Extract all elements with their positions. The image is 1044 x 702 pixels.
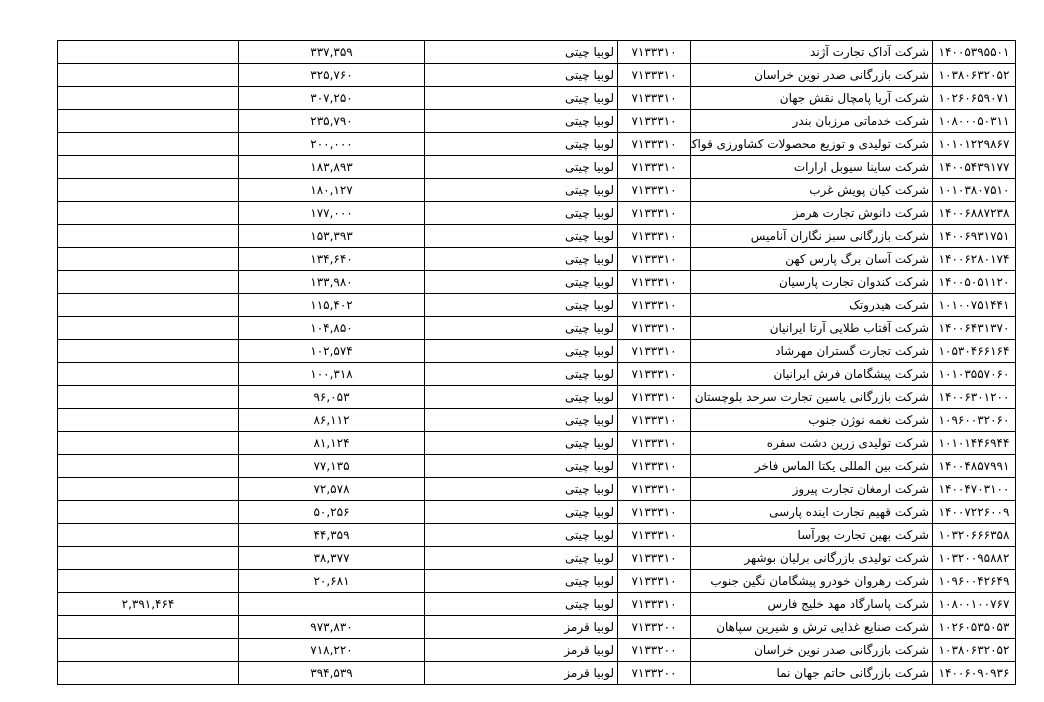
total-quantity-cell	[58, 662, 239, 685]
quantity-cell: ۲۳۵,۷۹۰	[239, 110, 425, 133]
table-row: ۹۷۳,۸۳۰ لوبیا قرمز ۷۱۳۳۲۰۰ شرکت صنایع غذ…	[58, 616, 1016, 639]
national-id-cell: ۱۰۲۶۰۶۵۹۰۷۱	[933, 87, 1016, 110]
product-name-cell: لوبیا چیتی	[425, 271, 618, 294]
company-name-cell: شرکت بازرگانی صدر نوین خراسان	[691, 639, 933, 662]
tariff-code-cell: ۷۱۳۳۳۱۰	[618, 432, 691, 455]
quantity-cell: ۱۰۲,۵۷۴	[239, 340, 425, 363]
product-name-cell: لوبیا چیتی	[425, 432, 618, 455]
table-row: ۲۰۰,۰۰۰ لوبیا چیتی ۷۱۳۳۳۱۰ شرکت تولیدی و…	[58, 133, 1016, 156]
quantity-cell: ۱۱۵,۴۰۲	[239, 294, 425, 317]
tariff-code-cell: ۷۱۳۳۳۱۰	[618, 409, 691, 432]
table-row: ۱۵۳,۳۹۳ لوبیا چیتی ۷۱۳۳۳۱۰ شرکت بازرگانی…	[58, 225, 1016, 248]
national-id-cell: ۱۴۰۰۴۸۵۷۹۹۱	[933, 455, 1016, 478]
company-name-cell: شرکت بازرگانی حاتم جهان نما	[691, 662, 933, 685]
product-name-cell: لوبیا چیتی	[425, 593, 618, 616]
table-row: ۹۶,۰۵۳ لوبیا چیتی ۷۱۳۳۳۱۰ شرکت بازرگانی …	[58, 386, 1016, 409]
tariff-code-cell: ۷۱۳۳۲۰۰	[618, 662, 691, 685]
product-name-cell: لوبیا چیتی	[425, 524, 618, 547]
product-name-cell: لوبیا چیتی	[425, 248, 618, 271]
total-quantity-cell	[58, 363, 239, 386]
tariff-code-cell: ۷۱۳۳۳۱۰	[618, 386, 691, 409]
table-row: ۷۷,۱۳۵ لوبیا چیتی ۷۱۳۳۳۱۰ شرکت بین الملل…	[58, 455, 1016, 478]
company-name-cell: شرکت آداک تجارت آژند	[691, 41, 933, 64]
national-id-cell: ۱۴۰۰۷۲۲۶۰۰۹	[933, 501, 1016, 524]
total-quantity-cell	[58, 455, 239, 478]
table-row: ۱۰۴,۸۵۰ لوبیا چیتی ۷۱۳۳۳۱۰ شرکت آفتاب طل…	[58, 317, 1016, 340]
quantity-cell: ۳۰۷,۲۵۰	[239, 87, 425, 110]
national-id-cell: ۱۴۰۰۶۸۸۷۲۳۸	[933, 202, 1016, 225]
quantity-cell: ۳۹۴,۵۳۹	[239, 662, 425, 685]
quantity-cell: ۳۸,۳۷۷	[239, 547, 425, 570]
tariff-code-cell: ۷۱۳۳۳۱۰	[618, 455, 691, 478]
national-id-cell: ۱۰۳۸۰۶۳۲۰۵۲	[933, 64, 1016, 87]
company-name-cell: شرکت کندوان تجارت پارسیان	[691, 271, 933, 294]
table-row: ۷۲,۵۷۸ لوبیا چیتی ۷۱۳۳۳۱۰ شرکت ارمغان تج…	[58, 478, 1016, 501]
company-name-cell: شرکت تجارت گستران مهرشاد	[691, 340, 933, 363]
product-name-cell: لوبیا چیتی	[425, 570, 618, 593]
company-name-cell: شرکت دانوش تجارت هرمز	[691, 202, 933, 225]
national-id-cell: ۱۴۰۰۴۷۰۳۱۰۰	[933, 478, 1016, 501]
quantity-cell: ۴۴,۳۵۹	[239, 524, 425, 547]
total-quantity-cell	[58, 340, 239, 363]
tariff-code-cell: ۷۱۳۳۳۱۰	[618, 64, 691, 87]
product-name-cell: لوبیا قرمز	[425, 662, 618, 685]
tariff-code-cell: ۷۱۳۳۳۱۰	[618, 294, 691, 317]
total-quantity-cell	[58, 202, 239, 225]
quantity-cell: ۷۲,۵۷۸	[239, 478, 425, 501]
product-name-cell: لوبیا چیتی	[425, 156, 618, 179]
quantity-cell: ۱۷۷,۰۰۰	[239, 202, 425, 225]
table-row: ۴۴,۳۵۹ لوبیا چیتی ۷۱۳۳۳۱۰ شرکت بهین تجار…	[58, 524, 1016, 547]
quantity-cell: ۲۰,۶۸۱	[239, 570, 425, 593]
tariff-code-cell: ۷۱۳۳۳۱۰	[618, 133, 691, 156]
table-row: ۱۳۴,۶۴۰ لوبیا چیتی ۷۱۳۳۳۱۰ شرکت آسان برگ…	[58, 248, 1016, 271]
total-quantity-cell	[58, 547, 239, 570]
company-name-cell: شرکت پیشگامان فرش ایرانیان	[691, 363, 933, 386]
national-id-cell: ۱۰۵۳۰۴۶۶۱۶۴	[933, 340, 1016, 363]
national-id-cell: ۱۰۸۰۰۰۵۰۳۱۱	[933, 110, 1016, 133]
table-row: ۱۸۰,۱۲۷ لوبیا چیتی ۷۱۳۳۳۱۰ شرکت کیان پوی…	[58, 179, 1016, 202]
total-quantity-cell	[58, 317, 239, 340]
table-row: ۱۱۵,۴۰۲ لوبیا چیتی ۷۱۳۳۳۱۰ شرکت هیدروتک …	[58, 294, 1016, 317]
quantity-cell: ۸۱,۱۲۴	[239, 432, 425, 455]
company-name-cell: شرکت خدماتی مرزبان بندر	[691, 110, 933, 133]
quantity-cell: ۵۰,۲۵۶	[239, 501, 425, 524]
quantity-cell: ۱۳۴,۶۴۰	[239, 248, 425, 271]
quantity-cell: ۳۳۷,۳۵۹	[239, 41, 425, 64]
company-name-cell: شرکت نغمه نوژن جنوب	[691, 409, 933, 432]
company-name-cell: شرکت بازرگانی یاسین تجارت سرحد بلوچستان	[691, 386, 933, 409]
national-id-cell: ۱۴۰۰۶۰۹۰۹۳۶	[933, 662, 1016, 685]
total-quantity-cell	[58, 271, 239, 294]
tariff-code-cell: ۷۱۳۳۳۱۰	[618, 179, 691, 202]
company-name-cell: شرکت تولیدی زرین دشت سفره	[691, 432, 933, 455]
product-name-cell: لوبیا چیتی	[425, 547, 618, 570]
table-row: ۸۱,۱۲۴ لوبیا چیتی ۷۱۳۳۳۱۰ شرکت تولیدی زر…	[58, 432, 1016, 455]
national-id-cell: ۱۴۰۰۵۰۵۱۱۲۰	[933, 271, 1016, 294]
quantity-cell: ۹۶,۰۵۳	[239, 386, 425, 409]
quantity-cell: ۳۲۵,۷۶۰	[239, 64, 425, 87]
table-row: ۱۳۳,۹۸۰ لوبیا چیتی ۷۱۳۳۳۱۰ شرکت کندوان ت…	[58, 271, 1016, 294]
table-row: ۳۲۵,۷۶۰ لوبیا چیتی ۷۱۳۳۳۱۰ شرکت بازرگانی…	[58, 64, 1016, 87]
total-quantity-cell	[58, 179, 239, 202]
national-id-cell: ۱۴۰۰۶۳۰۱۲۰۰	[933, 386, 1016, 409]
tariff-code-cell: ۷۱۳۳۳۱۰	[618, 156, 691, 179]
table-row: ۵۰,۲۵۶ لوبیا چیتی ۷۱۳۳۳۱۰ شرکت قهیم تجار…	[58, 501, 1016, 524]
company-name-cell: شرکت ساینا سیوبل ارارات	[691, 156, 933, 179]
tariff-code-cell: ۷۱۳۳۳۱۰	[618, 363, 691, 386]
quantity-cell: ۱۵۳,۳۹۳	[239, 225, 425, 248]
table-row: ۱۰۲,۵۷۴ لوبیا چیتی ۷۱۳۳۳۱۰ شرکت تجارت گس…	[58, 340, 1016, 363]
table-row: ۸۶,۱۱۲ لوبیا چیتی ۷۱۳۳۳۱۰ شرکت نغمه نوژن…	[58, 409, 1016, 432]
tariff-code-cell: ۷۱۳۳۳۱۰	[618, 87, 691, 110]
national-id-cell: ۱۰۳۲۰۰۹۵۸۸۲	[933, 547, 1016, 570]
product-name-cell: لوبیا چیتی	[425, 133, 618, 156]
total-quantity-cell	[58, 478, 239, 501]
national-id-cell: ۱۰۱۰۳۸۰۷۵۱۰	[933, 179, 1016, 202]
table-row: ۳۰۷,۲۵۰ لوبیا چیتی ۷۱۳۳۳۱۰ شرکت آریا پام…	[58, 87, 1016, 110]
total-quantity-cell	[58, 87, 239, 110]
company-name-cell: شرکت آریا پامچال نقش جهان	[691, 87, 933, 110]
total-quantity-cell	[58, 294, 239, 317]
tariff-code-cell: ۷۱۳۳۳۱۰	[618, 570, 691, 593]
tariff-code-cell: ۷۱۳۳۲۰۰	[618, 616, 691, 639]
total-quantity-cell	[58, 248, 239, 271]
product-name-cell: لوبیا چیتی	[425, 317, 618, 340]
tariff-code-cell: ۷۱۳۳۳۱۰	[618, 41, 691, 64]
national-id-cell: ۱۴۰۰۵۳۹۵۵۰۱	[933, 41, 1016, 64]
table-row: ۲,۳۹۱,۴۶۴ لوبیا چیتی ۷۱۳۳۳۱۰ شرکت پاسارگ…	[58, 593, 1016, 616]
national-id-cell: ۱۰۹۶۰۰۴۲۶۴۹	[933, 570, 1016, 593]
table-row: ۱۷۷,۰۰۰ لوبیا چیتی ۷۱۳۳۳۱۰ شرکت دانوش تج…	[58, 202, 1016, 225]
quantity-cell: ۹۷۳,۸۳۰	[239, 616, 425, 639]
tariff-code-cell: ۷۱۳۳۳۱۰	[618, 501, 691, 524]
total-quantity-cell	[58, 225, 239, 248]
national-id-cell: ۱۴۰۰۶۴۳۱۳۷۰	[933, 317, 1016, 340]
product-name-cell: لوبیا چیتی	[425, 455, 618, 478]
national-id-cell: ۱۰۹۶۰۰۳۲۰۶۰	[933, 409, 1016, 432]
total-quantity-cell: ۲,۳۹۱,۴۶۴	[58, 593, 239, 616]
product-name-cell: لوبیا چیتی	[425, 179, 618, 202]
national-id-cell: ۱۰۱۰۳۵۵۷۰۶۰	[933, 363, 1016, 386]
table-row: ۷۱۸,۲۲۰ لوبیا قرمز ۷۱۳۳۲۰۰ شرکت بازرگانی…	[58, 639, 1016, 662]
national-id-cell: ۱۰۱۰۰۷۵۱۴۴۱	[933, 294, 1016, 317]
national-id-cell: ۱۰۱۰۱۲۲۹۸۶۷	[933, 133, 1016, 156]
table-row: ۱۸۳,۸۹۳ لوبیا چیتی ۷۱۳۳۳۱۰ شرکت ساینا سی…	[58, 156, 1016, 179]
company-name-cell: شرکت ارمغان تجارت پیروز	[691, 478, 933, 501]
quantity-cell: ۱۳۳,۹۸۰	[239, 271, 425, 294]
company-name-cell: شرکت کیان پویش غرب	[691, 179, 933, 202]
total-quantity-cell	[58, 570, 239, 593]
total-quantity-cell	[58, 524, 239, 547]
company-name-cell: شرکت بازرگانی سبز نگاران آنامیس	[691, 225, 933, 248]
product-name-cell: لوبیا چیتی	[425, 409, 618, 432]
total-quantity-cell	[58, 110, 239, 133]
company-name-cell: شرکت هیدروتک	[691, 294, 933, 317]
product-name-cell: لوبیا قرمز	[425, 639, 618, 662]
total-quantity-cell	[58, 409, 239, 432]
tariff-code-cell: ۷۱۳۳۳۱۰	[618, 547, 691, 570]
company-name-cell: شرکت تولیدی بازرگانی برلیان بوشهر	[691, 547, 933, 570]
quantity-cell: ۲۰۰,۰۰۰	[239, 133, 425, 156]
total-quantity-cell	[58, 41, 239, 64]
tariff-code-cell: ۷۱۳۳۳۱۰	[618, 524, 691, 547]
product-name-cell: لوبیا چیتی	[425, 41, 618, 64]
national-id-cell: ۱۰۸۰۰۱۰۰۷۶۷	[933, 593, 1016, 616]
quantity-cell: ۱۰۴,۸۵۰	[239, 317, 425, 340]
product-name-cell: لوبیا چیتی	[425, 386, 618, 409]
total-quantity-cell	[58, 639, 239, 662]
total-quantity-cell	[58, 64, 239, 87]
company-name-cell: شرکت قهیم تجارت اینده پارسی	[691, 501, 933, 524]
product-name-cell: لوبیا چیتی	[425, 340, 618, 363]
table-row: ۳۳۷,۳۵۹ لوبیا چیتی ۷۱۳۳۳۱۰ شرکت آداک تجا…	[58, 41, 1016, 64]
tariff-code-cell: ۷۱۳۳۳۱۰	[618, 110, 691, 133]
company-name-cell: شرکت آسان برگ پارس کهن	[691, 248, 933, 271]
company-name-cell: شرکت رهروان خودرو پیشگامان نگین جنوب	[691, 570, 933, 593]
company-name-cell: شرکت پاسارگاد مهد خلیج فارس	[691, 593, 933, 616]
tariff-code-cell: ۷۱۳۳۳۱۰	[618, 340, 691, 363]
quantity-cell	[239, 593, 425, 616]
total-quantity-cell	[58, 133, 239, 156]
total-quantity-cell	[58, 156, 239, 179]
quantity-cell: ۸۶,۱۱۲	[239, 409, 425, 432]
national-id-cell: ۱۰۳۲۰۶۶۶۳۵۸	[933, 524, 1016, 547]
table-row: ۳۹۴,۵۳۹ لوبیا قرمز ۷۱۳۳۲۰۰ شرکت بازرگانی…	[58, 662, 1016, 685]
national-id-cell: ۱۰۲۶۰۵۳۵۰۵۳	[933, 616, 1016, 639]
company-name-cell: شرکت بازرگانی صدر نوین خراسان	[691, 64, 933, 87]
tariff-code-cell: ۷۱۳۳۳۱۰	[618, 593, 691, 616]
company-name-cell: شرکت تولیدی و توزیع محصولات کشاورزی قواک…	[691, 133, 933, 156]
company-name-cell: شرکت صنایع غذایی ترش و شیرین سپاهان	[691, 616, 933, 639]
product-name-cell: لوبیا چیتی	[425, 110, 618, 133]
tariff-code-cell: ۷۱۳۳۳۱۰	[618, 225, 691, 248]
quantity-cell: ۷۱۸,۲۲۰	[239, 639, 425, 662]
tariff-code-cell: ۷۱۳۳۳۱۰	[618, 248, 691, 271]
table-row: ۲۰,۶۸۱ لوبیا چیتی ۷۱۳۳۳۱۰ شرکت رهروان خو…	[58, 570, 1016, 593]
company-name-cell: شرکت بهین تجارت پورآسا	[691, 524, 933, 547]
scanned-document-page: ۳۳۷,۳۵۹ لوبیا چیتی ۷۱۳۳۳۱۰ شرکت آداک تجا…	[0, 0, 1044, 702]
table-row: ۱۰۰,۳۱۸ لوبیا چیتی ۷۱۳۳۳۱۰ شرکت پیشگامان…	[58, 363, 1016, 386]
national-id-cell: ۱۰۳۸۰۶۳۲۰۵۲	[933, 639, 1016, 662]
product-name-cell: لوبیا چیتی	[425, 64, 618, 87]
total-quantity-cell	[58, 616, 239, 639]
quantity-cell: ۱۸۰,۱۲۷	[239, 179, 425, 202]
tariff-code-cell: ۷۱۳۳۳۱۰	[618, 478, 691, 501]
national-id-cell: ۱۴۰۰۶۲۸۰۱۷۴	[933, 248, 1016, 271]
national-id-cell: ۱۴۰۰۶۹۳۱۷۵۱	[933, 225, 1016, 248]
tariff-code-cell: ۷۱۳۳۳۱۰	[618, 271, 691, 294]
tariff-code-cell: ۷۱۳۳۳۱۰	[618, 202, 691, 225]
total-quantity-cell	[58, 386, 239, 409]
product-name-cell: لوبیا چیتی	[425, 87, 618, 110]
quantity-cell: ۱۰۰,۳۱۸	[239, 363, 425, 386]
product-name-cell: لوبیا چیتی	[425, 363, 618, 386]
quantity-cell: ۱۸۳,۸۹۳	[239, 156, 425, 179]
national-id-cell: ۱۴۰۰۵۴۳۹۱۷۷	[933, 156, 1016, 179]
total-quantity-cell	[58, 432, 239, 455]
tariff-code-cell: ۷۱۳۳۲۰۰	[618, 639, 691, 662]
quantity-cell: ۷۷,۱۳۵	[239, 455, 425, 478]
product-name-cell: لوبیا چیتی	[425, 225, 618, 248]
company-bean-allocation-table: ۳۳۷,۳۵۹ لوبیا چیتی ۷۱۳۳۳۱۰ شرکت آداک تجا…	[57, 40, 1016, 685]
company-name-cell: شرکت بین المللی یکتا الماس فاخر	[691, 455, 933, 478]
product-name-cell: لوبیا قرمز	[425, 616, 618, 639]
product-name-cell: لوبیا چیتی	[425, 202, 618, 225]
national-id-cell: ۱۰۱۰۱۴۴۶۹۴۴	[933, 432, 1016, 455]
product-name-cell: لوبیا چیتی	[425, 478, 618, 501]
total-quantity-cell	[58, 501, 239, 524]
table-row: ۲۳۵,۷۹۰ لوبیا چیتی ۷۱۳۳۳۱۰ شرکت خدماتی م…	[58, 110, 1016, 133]
product-name-cell: لوبیا چیتی	[425, 294, 618, 317]
table-row: ۳۸,۳۷۷ لوبیا چیتی ۷۱۳۳۳۱۰ شرکت تولیدی با…	[58, 547, 1016, 570]
company-name-cell: شرکت آفتاب طلایی آرتا ایرانیان	[691, 317, 933, 340]
tariff-code-cell: ۷۱۳۳۳۱۰	[618, 317, 691, 340]
product-name-cell: لوبیا چیتی	[425, 501, 618, 524]
